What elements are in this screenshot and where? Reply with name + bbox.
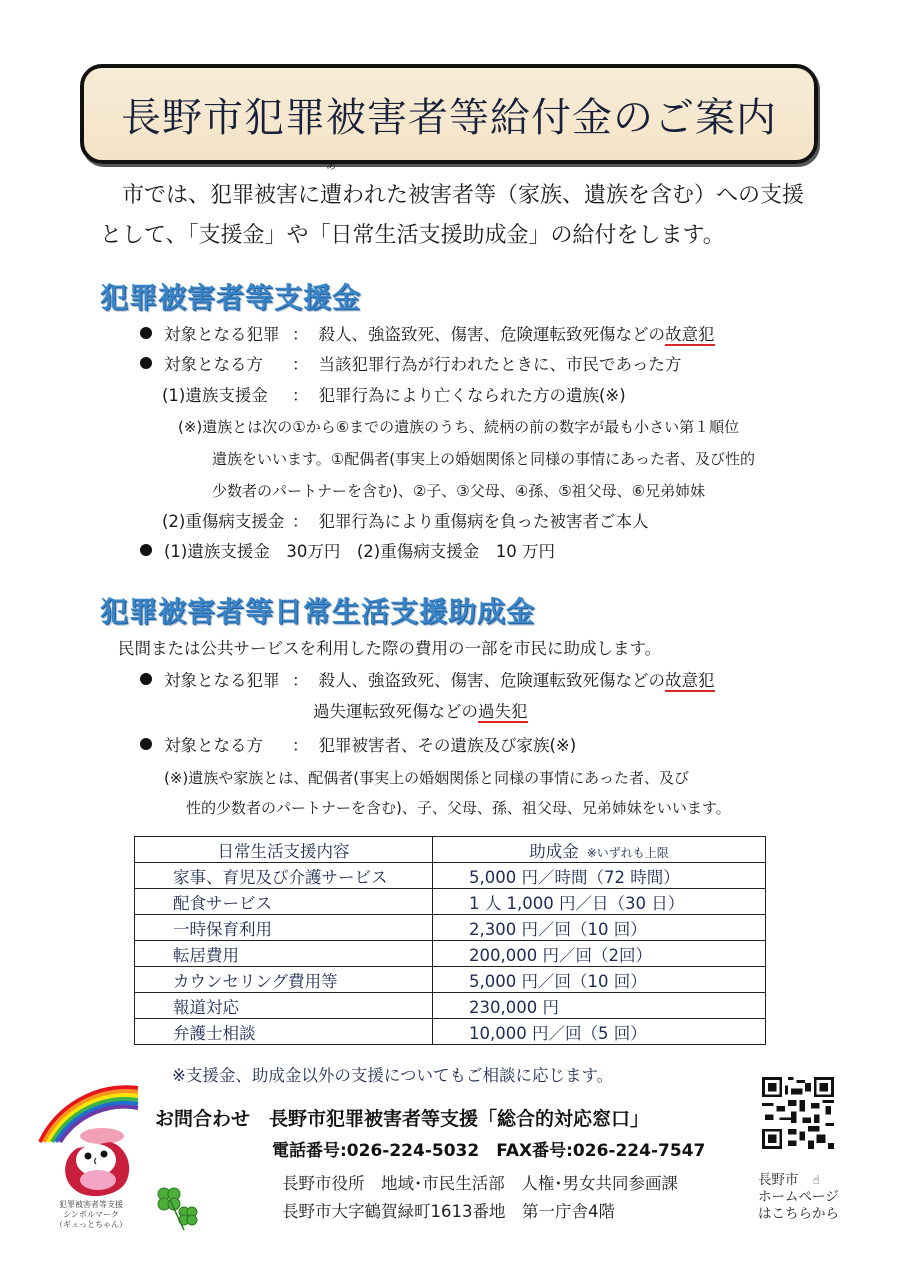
caption-text: 長野市	[758, 1172, 799, 1188]
intro-text: 市では、犯罪被害に	[122, 183, 320, 208]
value: 犯罪行為により重傷病を負った被害者ご本人	[319, 512, 649, 531]
intro-line-1: 市では、犯罪被害にあ遭われた被害者等（家族、遺族を含む）への支援	[100, 176, 840, 216]
ruby-base: 遭	[320, 183, 342, 208]
row-amount: 200,000 円／回（2回）	[433, 941, 766, 967]
label: (2)重傷病支援金	[162, 510, 282, 534]
qr-code-icon[interactable]	[762, 1077, 834, 1149]
bullet-icon	[140, 357, 152, 369]
row-amount: 10,000 円／回（5 回）	[433, 1019, 766, 1045]
row-item: 報道対応	[135, 993, 433, 1019]
row-amount: 5,000 円／回（10 回）	[433, 967, 766, 993]
s1-injury-row: (2)重傷病支援金：犯罪行為により重傷病を負った被害者ご本人	[162, 510, 649, 534]
page-title: 長野市犯罪被害者等給付金のご案内	[121, 86, 777, 143]
row-item: 一時保育利用	[135, 915, 433, 941]
contact-title: お問合わせ 長野市犯罪被害者等支援「総合的対応窓口」	[155, 1104, 649, 1131]
s2-description: 民間または公共サービスを利用した際の費用の一部を市民に助成します。	[118, 637, 661, 661]
mascot-caption: 犯罪被害者等支援 シンボルマーク （ギュっとちゃん）	[52, 1200, 130, 1230]
value: 犯罪被害者、その遺族及び家族(※)	[319, 736, 577, 755]
value: 殺人、強盗致死、傷害、危険運転致死傷などの	[319, 325, 666, 344]
row-item: 配食サービス	[135, 889, 433, 915]
label: 対象となる方	[164, 353, 282, 377]
s1-crime-row: 対象となる犯罪：殺人、強盗致死、傷害、危険運転致死傷などの故意犯	[140, 323, 715, 347]
amounts-text: (1)遺族支援金 30万円 (2)重傷病支援金 10 万円	[164, 542, 555, 561]
other-support-note: ※支援金、助成金以外の支援についてもご相談に応じます。	[172, 1062, 613, 1086]
intro-text: われた被害者等（家族、遺族を含む）への支援	[342, 183, 804, 208]
intro-paragraph: 市では、犯罪被害にあ遭われた被害者等（家族、遺族を含む）への支援 として、「支援…	[100, 176, 840, 256]
s1-note-line-2: 遺族をいいます。①配偶者(事実上の婚姻関係と同様の事情にあった者、及び性的	[212, 447, 755, 471]
bullet-icon	[140, 544, 152, 556]
value: 殺人、強盗致死、傷害、危険運転致死傷などの	[319, 671, 666, 690]
s2-crime-row: 対象となる犯罪：殺人、強盗致死、傷害、危険運転致死傷などの故意犯	[140, 669, 715, 693]
caption-line: シンボルマーク	[52, 1210, 130, 1220]
colon: ：	[292, 323, 309, 347]
bullet-icon	[140, 673, 152, 685]
s2-note-line-2: 性的少数者のパートナーを含む)、子、父母、孫、祖父母、兄弟姉妹をいいます。	[186, 796, 731, 820]
s2-crime-row-2: 過失運転致死傷などの過失犯	[313, 700, 528, 724]
contact-phone-fax: 電話番号:026-224-5032 FAX番号:026-224-7547	[272, 1136, 705, 1161]
qr-caption-line: 長野市☝	[758, 1172, 839, 1189]
section-heading-daily-life-grant: 犯罪被害者等日常生活支援助成金	[100, 590, 535, 630]
grant-table: 日常生活支援内容 助成金※いずれも上限 家事、育児及び介護サービス5,000 円…	[134, 836, 766, 1045]
contact-address: 長野市大字鶴賀緑町1613番地 第一庁舎4階	[282, 1198, 615, 1222]
s1-note-line-3: 少数者のパートナーを含む)、②子、③父母、④孫、⑤祖父母、⑥兄弟姉妹	[212, 479, 705, 503]
label: (1)遺族支援金	[162, 384, 282, 408]
label: 対象となる方	[164, 734, 282, 758]
value: 過失運転致死傷などの	[313, 702, 478, 721]
caption-line: （ギュっとちゃん）	[52, 1220, 130, 1230]
table-row: 一時保育利用2,300 円／回（10 回）	[135, 915, 766, 941]
header-amount-note: ※いずれも上限	[587, 846, 669, 860]
row-item: 弁護士相談	[135, 1019, 433, 1045]
qr-caption[interactable]: 長野市☝ ホームページ はこちらから	[758, 1172, 839, 1223]
s1-amounts-row: (1)遺族支援金 30万円 (2)重傷病支援金 10 万円	[140, 540, 555, 564]
row-amount: 230,000 円	[433, 993, 766, 1019]
title-banner: 長野市犯罪被害者等給付金のご案内	[80, 64, 818, 164]
table-row: 弁護士相談10,000 円／回（5 回）	[135, 1019, 766, 1045]
clover-icon	[154, 1186, 200, 1232]
table-row: 転居費用200,000 円／回（2回）	[135, 941, 766, 967]
table-header-amount: 助成金※いずれも上限	[433, 837, 766, 863]
row-amount: 2,300 円／回（10 回）	[433, 915, 766, 941]
bullet-icon	[140, 327, 152, 339]
intro-line-2: として、「支援金」や「日常生活支援助成金」の給付をします。	[100, 216, 840, 256]
row-amount: 5,000 円／時間（72 時間）	[433, 863, 766, 889]
table-header-row: 日常生活支援内容 助成金※いずれも上限	[135, 837, 766, 863]
s1-target-row: 対象となる方：当該犯罪行為が行われたときに、市民であった方	[140, 353, 681, 377]
contact-office: 長野市役所 地域･市民生活部 人権･男女共同参画課	[282, 1170, 678, 1194]
table-row: 家事、育児及び介護サービス5,000 円／時間（72 時間）	[135, 863, 766, 889]
table-row: カウンセリング費用等5,000 円／回（10 回）	[135, 967, 766, 993]
caption-line: 犯罪被害者等支援	[52, 1200, 130, 1210]
underlined-term: 過失犯	[478, 702, 528, 723]
colon: ：	[292, 734, 309, 758]
s2-target-row: 対象となる方：犯罪被害者、その遺族及び家族(※)	[140, 734, 576, 758]
s1-bereaved-row: (1)遺族支援金：犯罪行為により亡くなられた方の遺族(※)	[162, 384, 626, 408]
ruby-reading: あ	[326, 162, 336, 172]
s1-note-line-1: (※)遺族とは次の①から⑥までの遺族のうち、続柄の前の数字が最も小さい第１順位	[178, 415, 739, 439]
label: 対象となる犯罪	[164, 323, 282, 347]
header-amount-label: 助成金	[529, 842, 579, 861]
value: 当該犯罪行為が行われたときに、市民であった方	[319, 355, 682, 374]
bullet-icon	[140, 738, 152, 750]
underlined-term: 故意犯	[665, 325, 715, 346]
ruby-word: あ遭	[320, 176, 342, 216]
row-item: 家事、育児及び介護サービス	[135, 863, 433, 889]
table-row: 配食サービス1 人 1,000 円／日（30 日）	[135, 889, 766, 915]
colon: ：	[292, 384, 309, 408]
qr-caption-line: ホームページ	[758, 1189, 839, 1206]
label: 対象となる犯罪	[164, 669, 282, 693]
colon: ：	[292, 510, 309, 534]
row-item: 転居費用	[135, 941, 433, 967]
mascot-rainbow-icon	[34, 1084, 144, 1204]
section-heading-support-payment: 犯罪被害者等支援金	[100, 276, 361, 316]
row-amount: 1 人 1,000 円／日（30 日）	[433, 889, 766, 915]
s2-note-line-1: (※)遺族や家族とは、配偶者(事実上の婚姻関係と同様の事情にあった者、及び	[164, 766, 689, 790]
qr-caption-line: はこちらから	[758, 1206, 839, 1223]
row-item: カウンセリング費用等	[135, 967, 433, 993]
table-header-content: 日常生活支援内容	[135, 837, 433, 863]
colon: ：	[292, 669, 309, 693]
pointer-hand-icon: ☝	[813, 1173, 820, 1187]
colon: ：	[292, 353, 309, 377]
underlined-term: 故意犯	[665, 671, 715, 692]
table-row: 報道対応230,000 円	[135, 993, 766, 1019]
value: 犯罪行為により亡くなられた方の遺族(※)	[319, 386, 626, 405]
